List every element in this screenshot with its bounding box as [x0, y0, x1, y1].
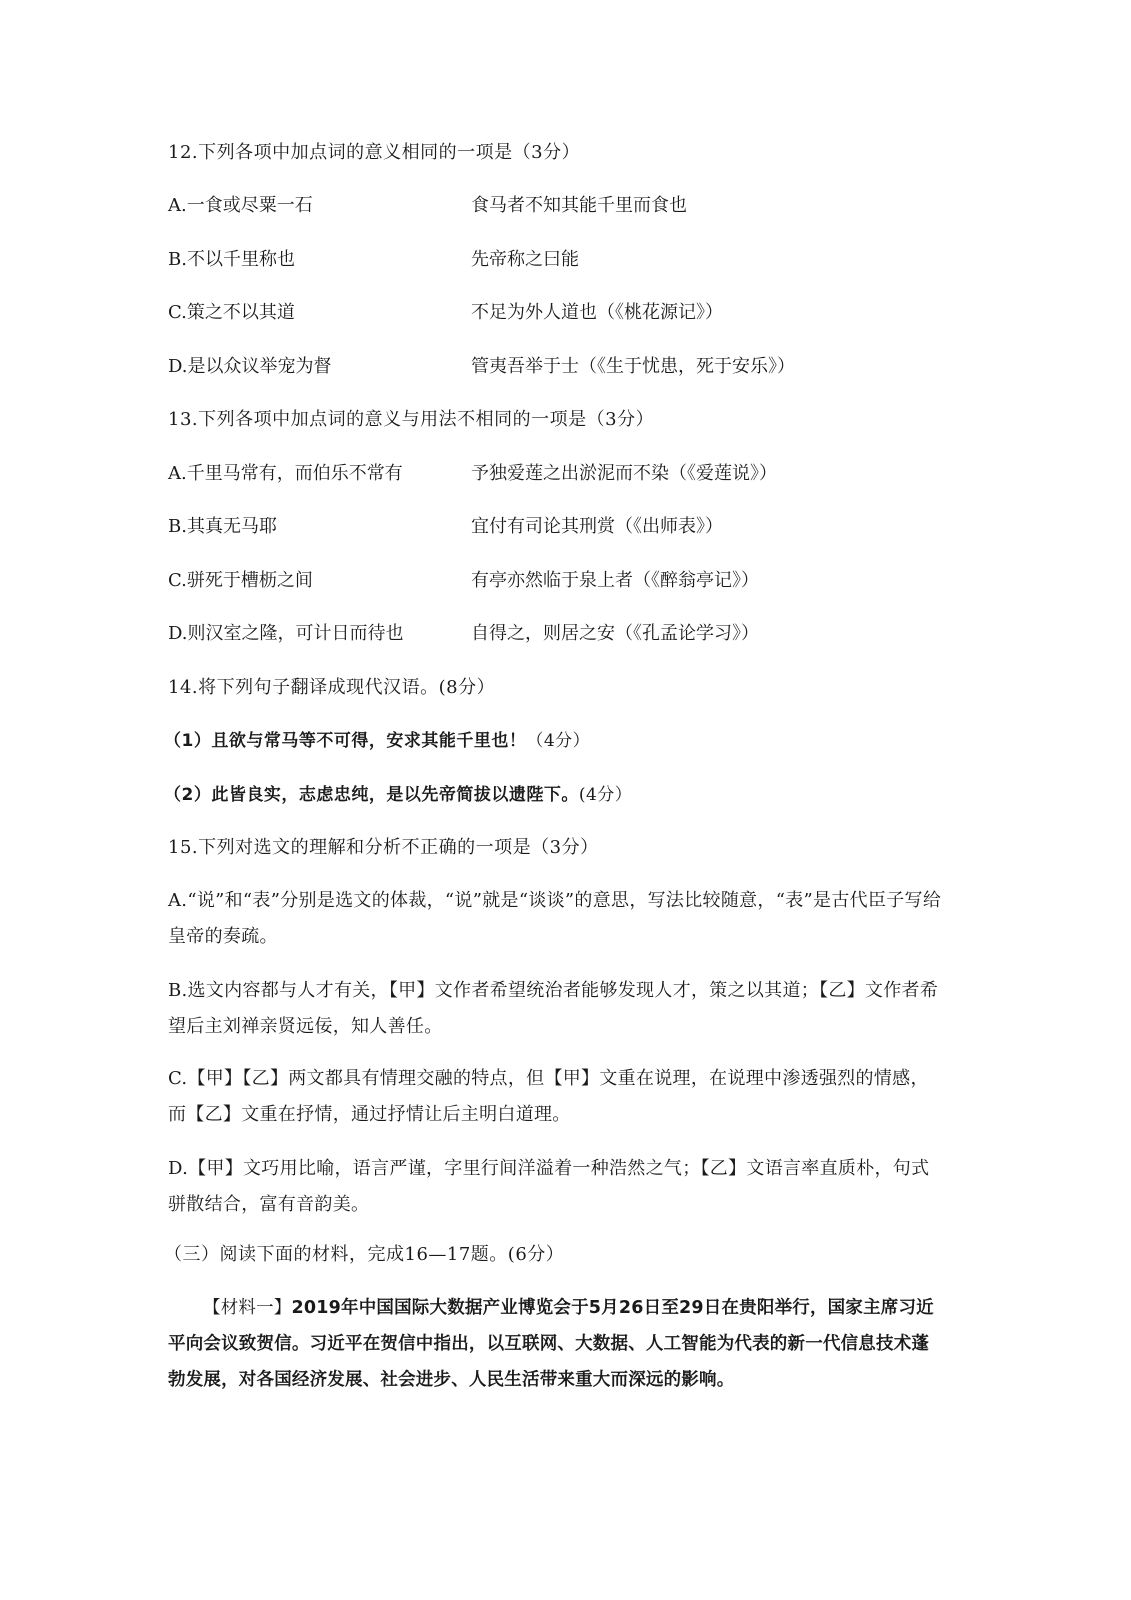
q12-option-a-right: 食马者不知其能千里而食也 — [471, 194, 687, 218]
material-one-tag: 【材料一】 — [203, 1298, 292, 1318]
q12-option-b-right: 先帝称之曰能 — [471, 248, 579, 272]
q12-option-c-left: C.策之不以其道 — [168, 301, 295, 325]
q12-option-c-right: 不足为外人道也（《桃花源记》） — [471, 301, 723, 325]
q12-option-b-left: B.不以千里称也 — [168, 248, 295, 272]
q13-option-d-left: D.则汉室之隆，可计日而待也 — [168, 622, 404, 646]
q13-option-b-right: 宜付有司论其刑赏（《出师表》） — [471, 515, 723, 539]
q15-option-d: D.【甲】文巧用比喻，语言严谨，字里行间洋溢着一种浩然之气；【乙】文语言率直质朴… — [168, 1151, 943, 1223]
q13-stem: 13.下列各项中加点词的意义与用法不相同的一项是（3分） — [168, 408, 654, 432]
material-one: 【材料一】2019年中国国际大数据产业博览会于5月26日至29日在贵阳举行，国家… — [168, 1290, 943, 1398]
q14-item-2-score: (4分） — [579, 785, 632, 805]
q13-option-b-left: B.其真无马耶 — [168, 515, 277, 539]
q13-option-a-right: 予独爱莲之出淤泥而不染（《爱莲说》） — [471, 462, 777, 486]
q14-item-1-text: （1）且欲与常马等不可得，安求其能千里也！ — [164, 731, 526, 751]
section3-heading: （三）阅读下面的材料，完成16—17题。(6分） — [164, 1243, 564, 1267]
q13-option-c-right: 有亭亦然临于泉上者（《醉翁亭记》） — [471, 569, 759, 593]
q13-option-d-right: 自得之，则居之安（《孔孟论学习》） — [471, 622, 759, 646]
q13-option-c-left: C.骈死于槽枥之间 — [168, 569, 313, 593]
q12-option-d-right: 管夷吾举于士（《生于忧患，死于安乐》） — [471, 355, 795, 379]
q14-item-1-score: （4分） — [526, 731, 590, 751]
q14-item-1: （1）且欲与常马等不可得，安求其能千里也！（4分） — [164, 729, 590, 753]
q14-stem: 14.将下列句子翻译成现代汉语。(8分） — [168, 676, 495, 700]
q12-option-a-left: A.一食或尽粟一石 — [168, 194, 313, 218]
q13-option-a-left: A.千里马常有，而伯乐不常有 — [168, 462, 403, 486]
q12-option-d-left: D.是以众议举宠为督 — [168, 355, 332, 379]
exam-page: 12.下列各项中加点词的意义相同的一项是（3分） A.一食或尽粟一石 食马者不知… — [0, 0, 1131, 1600]
q15-option-b: B.选文内容都与人才有关，【甲】文作者希望统治者能够发现人才，策之以其道；【乙】… — [168, 973, 943, 1045]
q15-stem: 15.下列对选文的理解和分析不正确的一项是（3分） — [168, 836, 599, 860]
q14-item-2: （2）此皆良实，志虑忠纯，是以先帝简拔以遗陛下。(4分） — [164, 783, 632, 807]
q12-stem: 12.下列各项中加点词的意义相同的一项是（3分） — [168, 141, 580, 165]
q15-option-a: A.“说”和“表”分别是选文的体裁，“说”就是“谈谈”的意思，写法比较随意，“表… — [168, 883, 943, 955]
q14-item-2-text: （2）此皆良实，志虑忠纯，是以先帝简拔以遗陛下。 — [164, 785, 579, 805]
q15-option-c: C.【甲】【乙】两文都具有情理交融的特点，但【甲】文重在说理，在说理中渗透强烈的… — [168, 1061, 943, 1133]
